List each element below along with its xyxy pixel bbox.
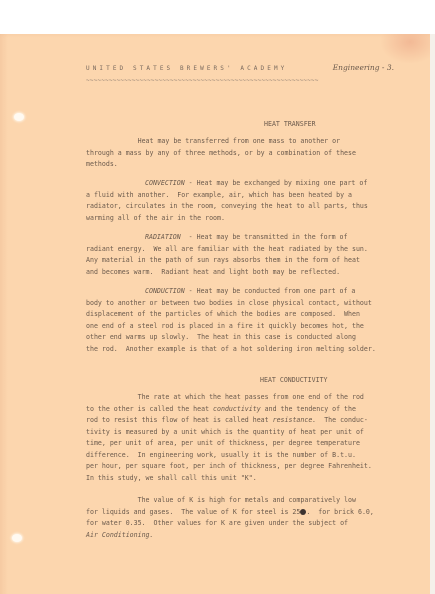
text-line: RADIATION - Heat may be transmitted in t… [145, 232, 435, 244]
punch-hole-top [14, 113, 24, 121]
section-title-heat-conductivity: HEAT CONDUCTIVITY [260, 376, 328, 384]
text-line: body to another or between two bodies in… [86, 298, 406, 310]
text-line: other end warms up slowly. The heat in t… [86, 332, 406, 344]
text-line: tivity is measured by a unit which is th… [86, 427, 406, 439]
text-span: The conduc- [316, 416, 368, 424]
text-line: warming all of the air in the room. [86, 213, 406, 225]
text-line: for water 0.35. Other values for K are g… [86, 518, 406, 530]
term-radiation: RADIATION [145, 233, 181, 241]
text-line: to the other is called the heat conducti… [86, 404, 406, 416]
text-line: CONVECTION - Heat may be exchanged by mi… [145, 178, 435, 190]
text-span: - Heat may be exchanged by mixing one pa… [185, 179, 368, 187]
text-line: through a mass by any of three methods, … [86, 148, 406, 160]
text-line: time, per unit of area, per unit of thic… [86, 438, 406, 450]
text-line: The rate at which the heat passes from o… [86, 392, 406, 404]
text-line: displacement of the particles of which t… [86, 309, 406, 321]
text-line: radiator, circulates in the room, convey… [86, 201, 406, 213]
text-line: difference. In engineering work, usually… [86, 450, 406, 462]
term-conductivity: conductivity [213, 405, 261, 413]
text-line: per hour, per square foot, per inch of t… [86, 461, 406, 473]
text-line: The value of K is high for metals and co… [86, 495, 406, 507]
text-span: and the tendency of the [261, 405, 356, 413]
text-line: and becomes warm. Radiant heat and light… [86, 267, 406, 279]
text-line: for liquids and gases. The value of K fo… [86, 507, 406, 519]
text-line: radiant energy. We all are familiar with… [86, 244, 406, 256]
text-span: for liquids and gases. The value of K fo… [86, 508, 300, 516]
text-span: rod to resist this flow of heat is calle… [86, 416, 273, 424]
page-edge [430, 34, 435, 594]
text-line: one end of a steel rod is placed in a fi… [86, 321, 406, 333]
text-line: CONDUCTION - Heat may be conducted from … [145, 286, 435, 298]
text-span: . for brick 6.0, [306, 508, 374, 516]
term-resistance: resistance. [273, 416, 317, 424]
text-line: Any material in the path of sun rays abs… [86, 255, 406, 267]
text-line: methods. [86, 159, 406, 171]
text-line: Heat may be transferred from one mass to… [86, 136, 406, 148]
text-line: a fluid with another. For example, air, … [86, 190, 406, 202]
text-span: to the other is called the heat [86, 405, 213, 413]
section-title-heat-transfer: HEAT TRANSFER [264, 120, 316, 128]
document-page: UNITED STATES BREWERS' ACADEMY Engineeri… [0, 34, 430, 594]
text-line: the rod. Another example is that of a ho… [86, 344, 406, 356]
text-line: In this study, we shall call this unit "… [86, 473, 406, 485]
header-rule: ~~~~~~~~~~~~~~~~~~~~~~~~~~~~~~~~~~~~~~~~… [86, 77, 396, 84]
term-conduction: CONDUCTION [145, 287, 185, 295]
header-section: Engineering - 3. [333, 63, 394, 72]
text-span: - Heat may be transmitted in the form of [181, 233, 348, 241]
text-span: - Heat may be conducted from one part of… [185, 287, 356, 295]
term-air-conditioning: Air Conditioning. [86, 530, 406, 542]
text-line: rod to resist this flow of heat is calle… [86, 415, 406, 427]
punch-hole-bottom [12, 534, 22, 542]
term-convection: CONVECTION [145, 179, 185, 187]
